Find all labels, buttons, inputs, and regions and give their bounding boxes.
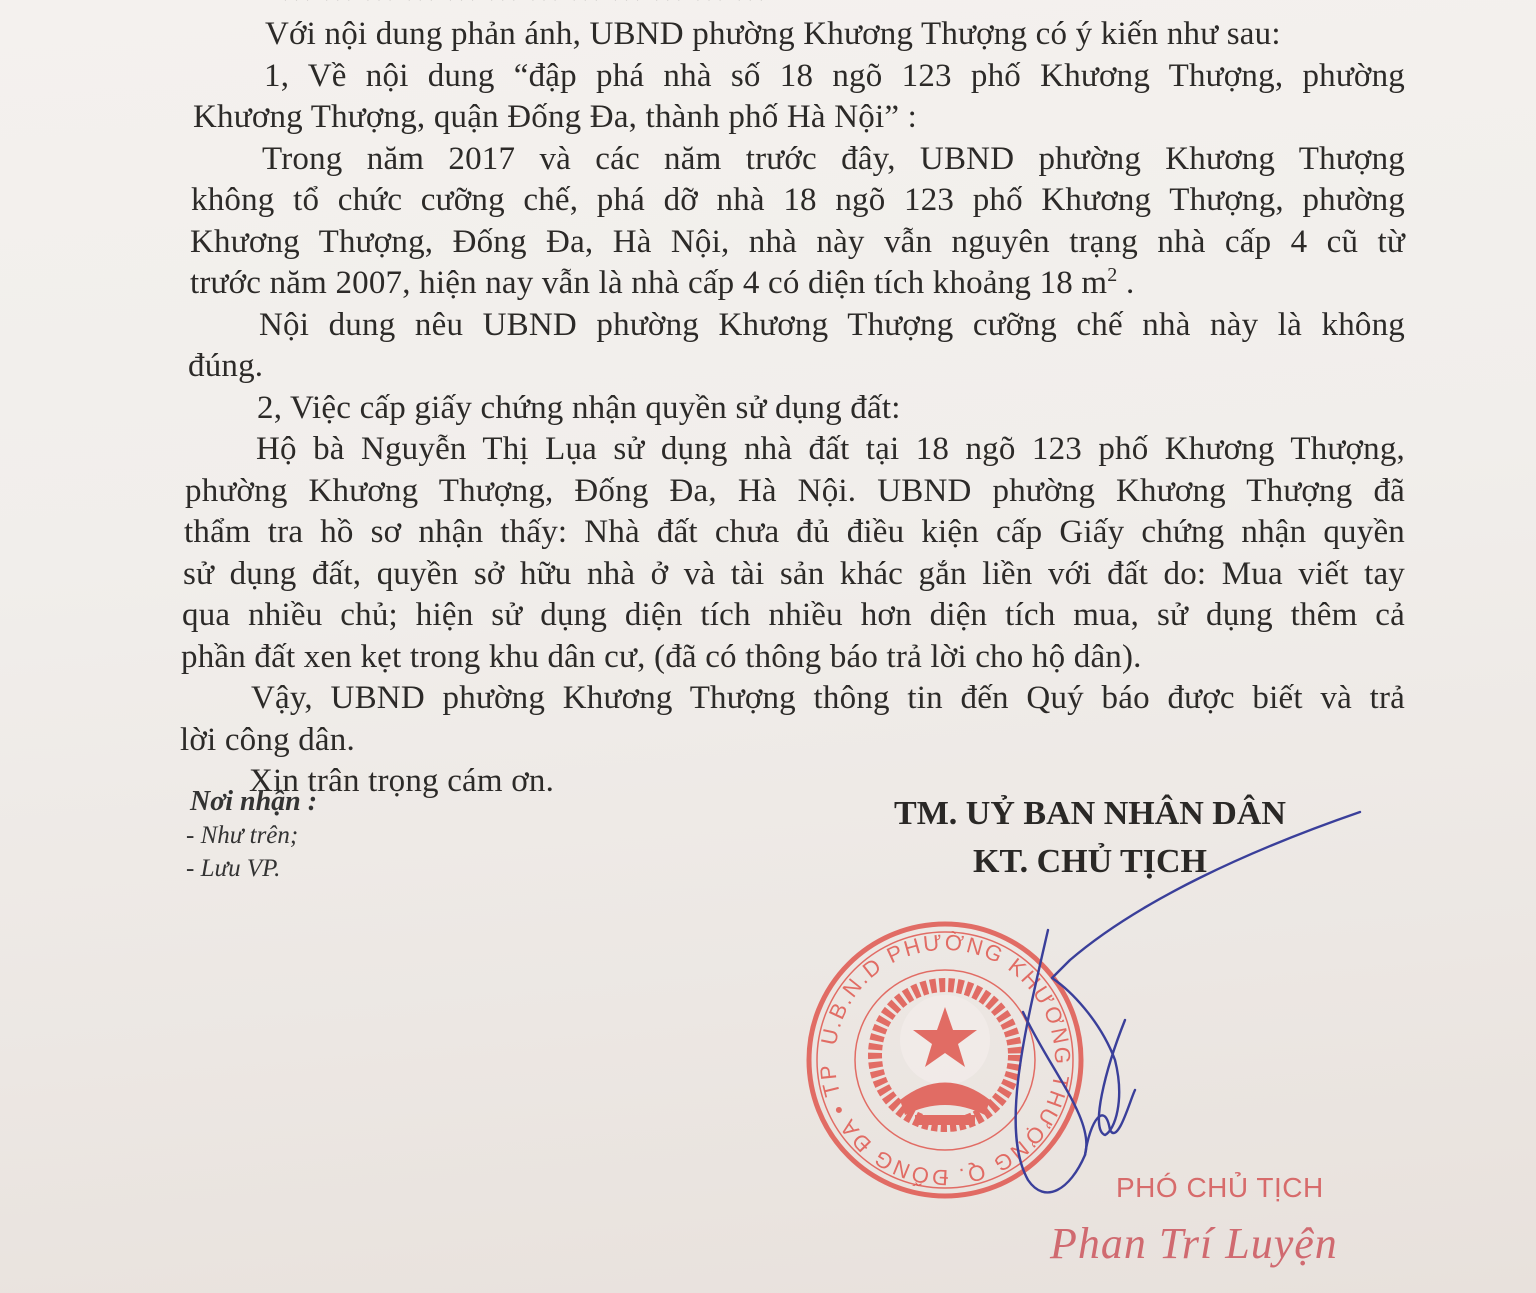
body-line: Vậy, UBND phường Khương Thượng thông tin… [251,678,1405,718]
committee-line: TM. UỶ BAN NHÂN DÂN [880,790,1300,838]
position-title: PHÓ CHỦ TỊCH [1116,1172,1324,1204]
body-line: sử dụng đất, quyền sở hữu nhà ở và tài s… [183,554,1405,594]
document-page: … … … … … … … … … … … … Với nội dung phả… [0,0,1536,1293]
superscript: 2 [1107,264,1117,286]
body-line: Hộ bà Nguyễn Thị Lụa sử dụng nhà đất tại… [256,429,1405,469]
recipients-block: Nơi nhận : - Như trên; - Lưu VP. [186,784,317,885]
body-line: Khương Thượng, quận Đống Đa, thành phố H… [193,97,917,137]
partial-top-line: … … … … … … … … … … … … [280,0,767,10]
body-line: phần đất xen kẹt trong khu dân cư, (đã c… [181,637,1142,677]
body-line: Nội dung nêu UBND phường Khương Thượng c… [259,305,1405,345]
body-line: trước năm 2007, hiện nay vẫn là nhà cấp … [190,263,1134,303]
body-line: Với nội dung phản ánh, UBND phường Khươn… [265,14,1281,54]
recipient-item: - Như trên; [186,819,317,852]
body-line: phường Khương Thượng, Đống Đa, Hà Nội. U… [185,471,1405,511]
official-seal-icon: U.B.N.D PHƯỜNG KHƯƠNG THƯỢNG Q. ĐỐNG ĐA … [800,915,1090,1205]
body-line: 1, Về nội dung “đập phá nhà số 18 ngõ 12… [264,56,1405,96]
body-line: Trong năm 2017 và các năm trước đây, UBN… [262,139,1405,179]
body-line: đúng. [188,346,263,386]
body-line: 2, Việc cấp giấy chứng nhận quyền sử dụn… [257,388,901,428]
body-line: Khương Thượng, Đống Đa, Hà Nội, nhà này … [190,222,1405,262]
body-line: lời công dân. [180,720,355,760]
recipient-item: - Lưu VP. [186,852,317,885]
body-line: qua nhiều chủ; hiện sử dụng diện tích nh… [182,595,1405,635]
body-line: thẩm tra hồ sơ nhận thấy: Nhà đất chưa đ… [184,512,1405,552]
recipients-title: Nơi nhận : [190,784,317,819]
body-line: không tổ chức cưỡng chế, phá dỡ nhà 18 n… [191,180,1405,220]
signature-block-header: TM. UỶ BAN NHÂN DÂN KT. CHỦ TỊCH [880,790,1300,886]
signer-name: Phan Trí Luyện [1050,1218,1338,1269]
chairman-line: KT. CHỦ TỊCH [880,838,1300,886]
